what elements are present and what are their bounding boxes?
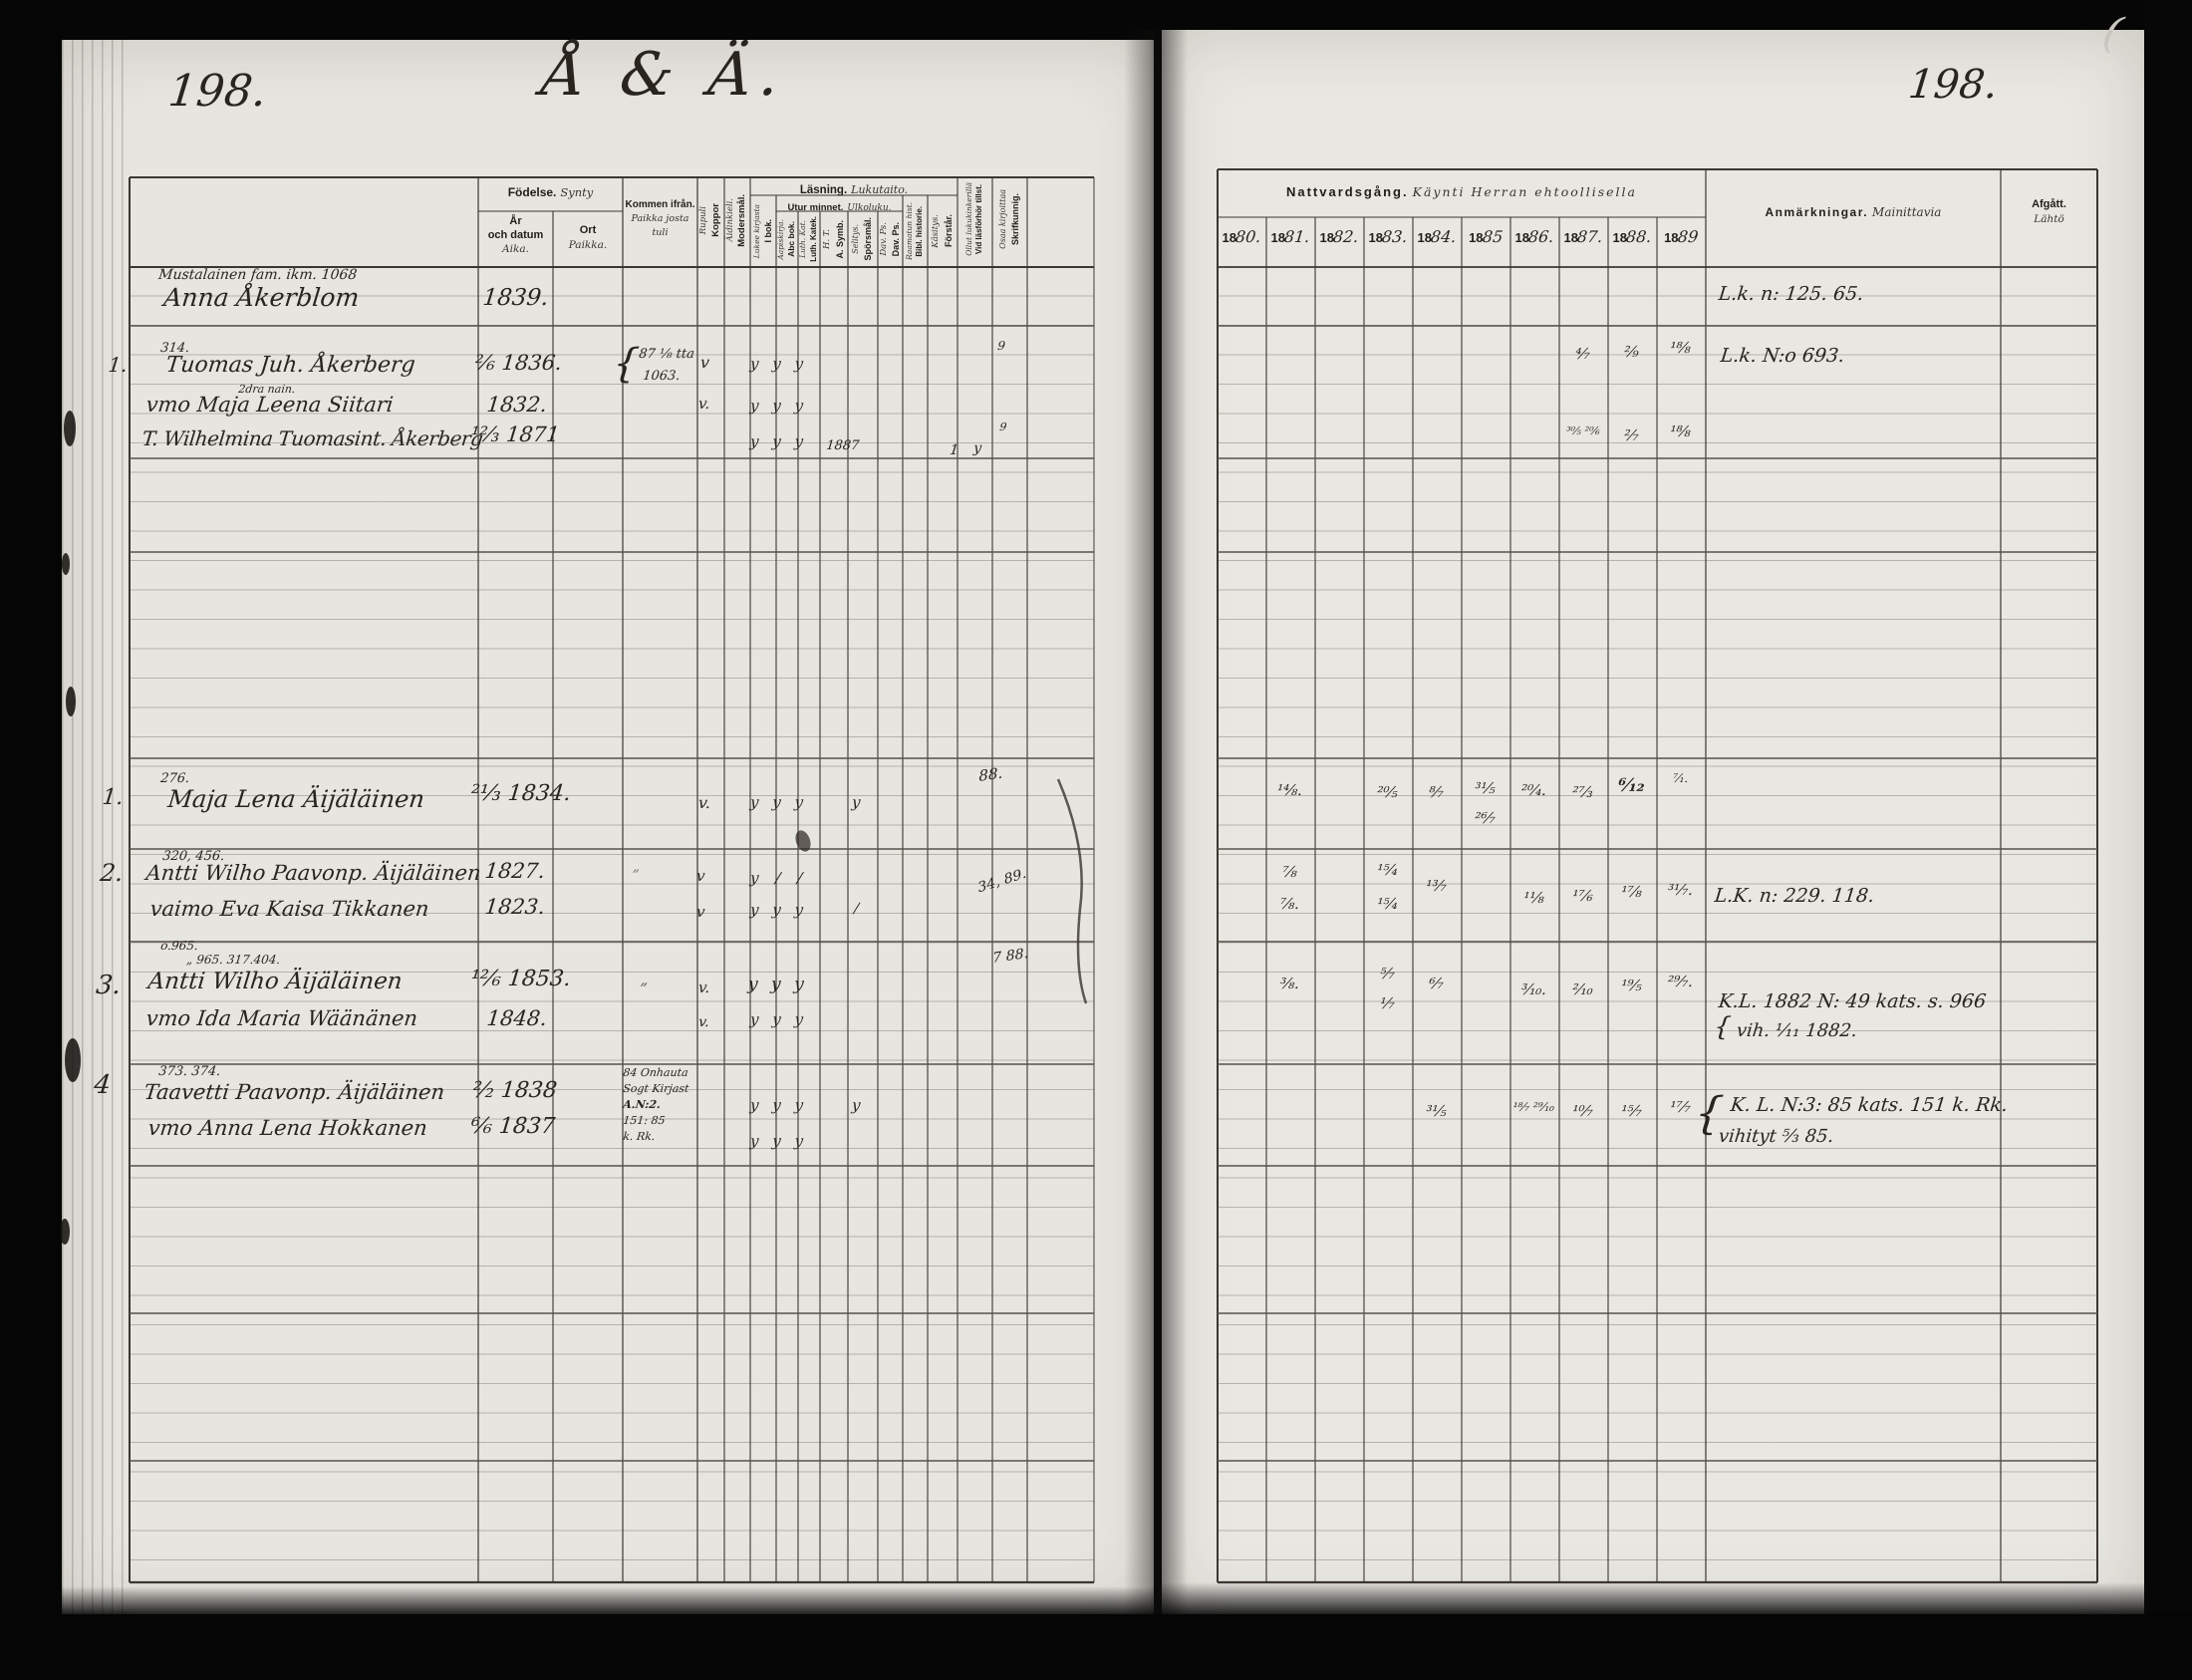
- record-e2-head-name: Antti Wilho Paavonp. Äijäläinen: [144, 861, 481, 885]
- record-e4-kommen-line5: k. Rk.: [623, 1130, 656, 1143]
- column-header-sporsmal: Selitys. Spörsmål.: [848, 213, 878, 265]
- column-header-vid-lasforhor: Ollut lukukinkerillä Vid läsförhör tills…: [958, 173, 992, 265]
- margin-blobs: [60, 411, 81, 1245]
- column-header-modersmal: Äidinkieli. Modersmål.: [724, 175, 750, 265]
- communion-akerberg-child-1887: ³⁰⁄₅ ²⁰⁄₆: [1558, 424, 1608, 437]
- record-e3-head-born: ¹²⁄₆ 1853.: [469, 967, 572, 991]
- record-e4-head-reading-marks: y y y: [749, 1096, 804, 1114]
- record-e3-number: 3.: [95, 971, 123, 1000]
- communion-akerberg-head-1888: ²⁄₉: [1606, 343, 1657, 361]
- communion-e1-1885b: ²⁶⁄₇: [1460, 809, 1510, 827]
- column-header-afgatt: Afgått. Lähtö: [2001, 197, 2097, 227]
- left-page-number: 198.: [166, 66, 269, 117]
- record-e2-head-born: 1827.: [483, 859, 546, 883]
- communion-e3-1887: ²⁄₁₀: [1557, 980, 1608, 998]
- column-header-ort: Ort Paikka.: [553, 223, 623, 253]
- record-akerberg-child-skrif-mark: 9: [999, 420, 1007, 433]
- column-header-ar-och-datum: År och datum Aika.: [478, 215, 553, 256]
- record-e1-name: Maja Lena Äijäläinen: [166, 785, 425, 813]
- record-e4-head-name: Taavetti Paavonp. Äijäläinen: [142, 1080, 445, 1104]
- section-title: Å & Ä.: [539, 40, 791, 110]
- record-e1-tillst-mark: 88.: [978, 764, 1003, 785]
- communion-e2-1889: ³¹⁄₇.: [1655, 881, 1706, 899]
- record-e2-number: 2.: [99, 859, 125, 887]
- year-header-1884: 1884.: [1413, 227, 1462, 247]
- communion-e2-1884: ¹³⁄₇: [1411, 877, 1462, 895]
- communion-akerberg-child-1888: ²⁄₇: [1606, 426, 1657, 444]
- column-header-fodelse: Födelse. Synty: [478, 183, 623, 201]
- record-e4-wife-reading-marks: y y y: [749, 1132, 804, 1150]
- record-e1-born: ²¹⁄₃ 1834.: [469, 781, 572, 806]
- communion-e3-1881: ³⁄₈.: [1264, 975, 1315, 992]
- record-e2-wife-born: 1823.: [483, 895, 546, 919]
- record-e4-kommen-line3: A.N:2.: [623, 1098, 662, 1111]
- year-header-1887: 1887.: [1559, 227, 1608, 247]
- column-header-luth-katek: Luth. Kat. Luth. Katek.: [798, 213, 820, 265]
- column-header-lasning: Läsning. Lukutaito.: [750, 180, 958, 198]
- record-e1-reading-marks: y y y: [749, 793, 804, 811]
- communion-e1-1889: ⁷⁄₁.: [1656, 771, 1706, 785]
- scanned-register-page: 198. Å & Ä. 198. ( Födelse. Synty År och…: [0, 0, 2192, 1680]
- column-header-kommen-ifran: Kommen ifrån. Paikka josta tuli: [621, 197, 699, 241]
- record-e4-kommen-line1: 84 Onhauta: [623, 1066, 689, 1079]
- communion-e4-1887: ¹⁰⁄₇: [1557, 1102, 1608, 1120]
- right-page-number: 198.: [1906, 62, 2000, 108]
- pen-stroke-artifact: [1058, 779, 1086, 1003]
- record-akerberg-child-tillst-mark: y: [972, 440, 982, 456]
- record-akerberg-head-skrif-mark: 9: [997, 339, 1006, 353]
- communion-e1-1883: ²⁰⁄₅: [1362, 783, 1413, 801]
- record-akerberg-child-reading-marks: y y y: [749, 432, 804, 450]
- record-akerberg-number: 1.: [107, 353, 129, 377]
- record-e4-head-born: ²⁄₂ 1838: [471, 1078, 558, 1103]
- record-akerberg-kommen-brace: {: [611, 341, 641, 387]
- year-header-1880: 1880.: [1218, 227, 1266, 247]
- column-header-koppor: Rupuli Koppor: [697, 175, 724, 265]
- record-e1-note: 276.: [159, 771, 190, 786]
- record-e4-note: 373. 374.: [157, 1064, 221, 1079]
- record-e3-wife-reading-marks: y y y: [749, 1010, 804, 1028]
- record-e3-remark-brace: {: [1713, 1012, 1733, 1042]
- record-e4-remark1: K. L. N:3: 85 kats. 151 k. Rk.: [1730, 1094, 2009, 1116]
- communion-akerberg-head-1889: ¹⁸⁄₈: [1655, 339, 1706, 357]
- record-e3-note1: o.965.: [160, 939, 199, 953]
- column-header-nattvardsgang: Nattvardsgång. Käynti Herran ehtoollisel…: [1218, 183, 1706, 201]
- record-akerberg-remark: L.k. N:o 693.: [1720, 345, 1846, 367]
- record-akerberg-wife-name: vmo Maja Leena Siitari: [144, 393, 394, 417]
- communion-e3-1888: ¹⁹⁄₅: [1606, 977, 1657, 994]
- record-e4-kommen-line2: Sogt Kirjast: [623, 1082, 690, 1095]
- year-header-1881: 1881.: [1266, 227, 1315, 247]
- column-header-skrifkunnig: Osaa kirjoittaa Skrifkunnig.: [992, 173, 1027, 265]
- ink-blot: [793, 828, 814, 853]
- record-e2-head-reading-marks: y / /: [749, 869, 803, 887]
- table-grid: [0, 0, 2192, 1680]
- column-header-abc-bok: Aapiskirja. Abc bok.: [776, 213, 798, 265]
- record-akerberg-child-name: T. Wilhelmina Tuomasint. Åkerberg: [140, 426, 483, 450]
- record-e3-head-reading-marks: y y y: [747, 975, 805, 994]
- communion-e1-1887: ²⁷⁄₃: [1557, 783, 1608, 801]
- communion-e1-1886: ²⁰⁄₄.: [1508, 781, 1559, 799]
- record-e2-wife-name: vaimo Eva Kaisa Tikkanen: [148, 897, 429, 921]
- year-header-1889: 1889: [1657, 227, 1706, 247]
- record-akerblom-remark: L.k. n: 125. 65.: [1718, 283, 1865, 305]
- record-e4-remark2: vihityt ⁵⁄₃ 85.: [1718, 1126, 1835, 1147]
- communion-e2-head-1883: ¹⁵⁄₄: [1362, 861, 1413, 879]
- communion-e3-1886: ³⁄₁₀.: [1508, 980, 1559, 998]
- record-akerberg-wife-koppor: v.: [697, 395, 710, 413]
- record-e3-wife-born: 1848.: [485, 1006, 548, 1030]
- communion-e3-1883a: ⁵⁄₇: [1362, 965, 1413, 982]
- column-header-i-bok: Lukee kirjasta I bok.: [750, 197, 776, 265]
- year-header-1888: 1888.: [1608, 227, 1657, 247]
- communion-e2-1886: ¹¹⁄₈: [1508, 889, 1559, 907]
- record-e1-number: 1.: [101, 785, 125, 810]
- column-header-a-symb: H. T. A. Symb.: [820, 213, 848, 265]
- record-e3-wife-koppor: v.: [697, 1014, 709, 1030]
- record-akerberg-child-forstar-mark: 1: [949, 442, 959, 458]
- record-e4-wife-born: ⁶⁄₆ 1837: [469, 1114, 556, 1139]
- year-header-1885: 1885: [1462, 227, 1510, 247]
- communion-e1-1884: ⁸⁄₇: [1411, 783, 1462, 801]
- column-header-forstar: Käsitys. Förstår.: [928, 197, 958, 265]
- communion-akerberg-child-1889: ¹⁸⁄₈: [1655, 422, 1706, 440]
- communion-e3-1884: ⁶⁄₇: [1411, 975, 1462, 992]
- communion-e1-1881: ¹⁴⁄₈.: [1264, 781, 1315, 799]
- column-header-dav-ps: Dav. Ps. Dav. Ps.: [878, 213, 903, 265]
- record-e3-wife-name: vmo Ida Maria Wäänänen: [144, 1006, 418, 1030]
- column-header-anmarkningar: Anmärkningar. Mainittavia: [1706, 203, 2001, 221]
- record-akerberg-kommen-line1: 87 ¹⁄₈ tta: [638, 347, 694, 362]
- record-e3-head-koppor: v.: [697, 979, 710, 996]
- record-e2-remark: L.K. n: 229. 118.: [1714, 885, 1876, 907]
- communion-e3-1889: ²⁹⁄₇.: [1655, 973, 1706, 990]
- record-e4-wife-name: vmo Anna Lena Hokkanen: [146, 1116, 428, 1140]
- communion-e2-1888: ¹⁷⁄₈: [1606, 883, 1657, 901]
- record-e4-number: 4: [93, 1070, 113, 1100]
- communion-e1-1885a: ³¹⁄₅: [1460, 779, 1510, 797]
- record-akerberg-kommen-line2: 1063.: [642, 369, 681, 384]
- communion-e3-1883b: ¹⁄₇: [1362, 994, 1413, 1012]
- communion-e4-1888: ¹⁵⁄₇: [1606, 1102, 1657, 1120]
- communion-e2-wife-1883: ¹⁵⁄₄: [1362, 895, 1413, 913]
- record-akerblom-born: 1839.: [481, 285, 550, 311]
- record-akerblom-name: Anna Åkerblom: [162, 283, 361, 312]
- year-header-1886: 1886.: [1510, 227, 1559, 247]
- communion-e2-wife-1881: ⁷⁄₈.: [1264, 895, 1315, 913]
- year-header-1882: 1882.: [1315, 227, 1364, 247]
- record-akerberg-wife-reading-marks: y y y: [749, 397, 804, 415]
- record-e3-note2: „ 965. 317.404.: [186, 953, 281, 967]
- record-akerberg-wife-born: 1832.: [485, 393, 548, 417]
- record-akerberg-head-born: ²⁄₆ 1836.: [473, 351, 563, 375]
- record-e4-kommen-line4: 151: 85: [623, 1114, 667, 1127]
- record-akerberg-child-asymb-mark: 1887: [825, 438, 860, 453]
- communion-e4-1884: ³¹⁄₅: [1411, 1102, 1462, 1120]
- record-akerberg-head-name: Tuomas Juh. Åkerberg: [164, 353, 416, 378]
- communion-akerberg-head-1887: ⁴⁄₇: [1557, 345, 1608, 363]
- record-akerblom-note: Mustalainen fam. ikm. 1068: [157, 267, 358, 283]
- record-e2-wife-reading-marks: y y y: [749, 901, 804, 919]
- column-header-bibl-historie: Raamatun hist. Bibl. historie.: [903, 197, 928, 265]
- communion-e1-1888: ⁶⁄₁₂: [1606, 775, 1657, 796]
- record-e1-koppor: v.: [697, 793, 711, 812]
- record-akerberg-child-born: ¹²⁄₃ 1871: [469, 422, 560, 446]
- record-akerberg-head-reading-marks: y y y: [749, 355, 804, 373]
- record-e3-head-name: Antti Wilho Äijäläinen: [146, 969, 404, 994]
- record-e3-remark1: K.L. 1882 N: 49 kats. s. 966: [1718, 990, 1988, 1012]
- communion-e2-1887: ¹⁷⁄₆: [1557, 887, 1608, 905]
- communion-e2-head-1881: ⁷⁄₈: [1264, 863, 1315, 881]
- record-e3-remark2: vih. ¹⁄₁₁ 1882.: [1736, 1020, 1858, 1041]
- year-header-1883: 1883.: [1364, 227, 1413, 247]
